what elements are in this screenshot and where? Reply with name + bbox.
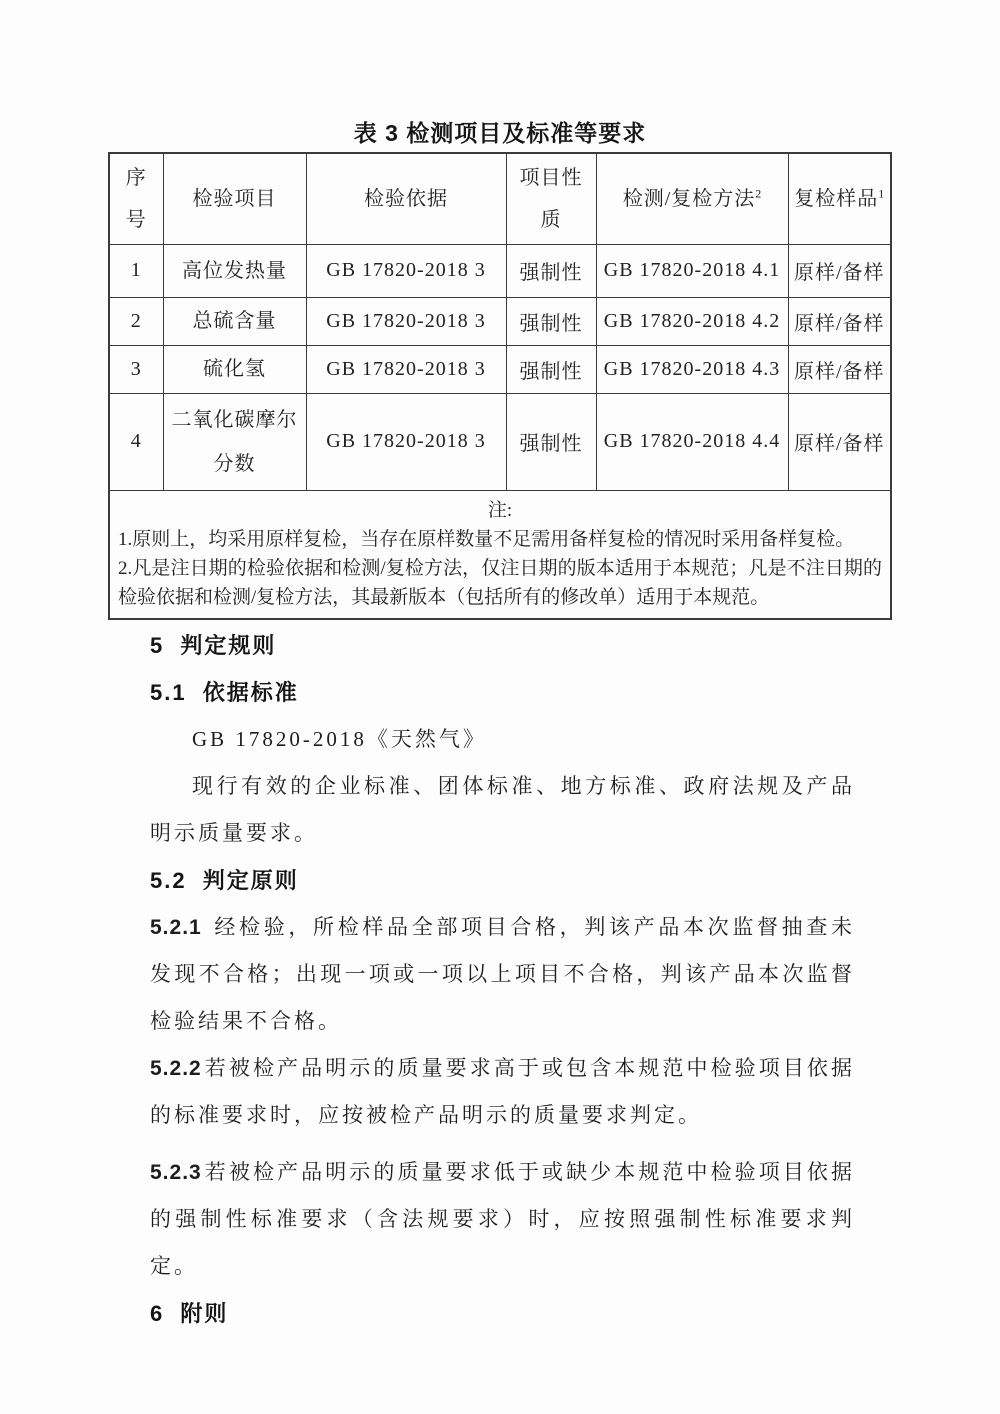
cell-item-nature: 强制性 <box>506 244 596 297</box>
table-notes-row: 注: 1.原则上，均采用原样复检，当存在原样数量不足需用备样复检的情况时采用备样… <box>109 490 891 619</box>
para-standard-reference: GB 17820-2018《天然气》 <box>150 716 855 763</box>
clause-5-2-1-text: 经检验，所检样品全部项目合格，判该产品本次监督抽查未发现不合格；出现一项或一项以… <box>150 915 855 1033</box>
cell-inspection-basis: GB 17820-2018 3 <box>306 244 506 297</box>
document-body: 5 判定规则 5.1 依据标准 GB 17820-2018《天然气》 现行有效的… <box>150 622 855 1337</box>
cell-recheck-sample: 原样/备样 <box>788 345 891 393</box>
cell-seq-no: 1 <box>109 244 163 297</box>
header-recheck-sample-label: 复检样品 <box>794 188 878 210</box>
cell-inspection-basis: GB 17820-2018 3 <box>306 297 506 345</box>
cell-test-method: GB 17820-2018 4.4 <box>596 393 788 490</box>
clause-5-2-2-text: 若被检产品明示的质量要求高于或包含本规范中检验项目依据的标准要求时，应按被检产品… <box>150 1056 855 1127</box>
cell-item-nature: 强制性 <box>506 393 596 490</box>
cell-recheck-sample: 原样/备样 <box>788 297 891 345</box>
header-sample-footnote-mark: 1 <box>878 186 884 200</box>
notes-label: 注: <box>118 496 882 525</box>
cell-inspection-item: 硫化氢 <box>163 345 306 393</box>
header-inspection-basis: 检验依据 <box>306 153 506 244</box>
clause-5-2-3-number: 5.2.3 <box>150 1161 202 1184</box>
cell-inspection-item: 总硫含量 <box>163 297 306 345</box>
header-item-nature: 项目性质 <box>506 153 596 244</box>
section-6-heading: 6 附则 <box>150 1290 855 1337</box>
header-recheck-sample: 复检样品1 <box>788 153 891 244</box>
note-1: 1.原则上，均采用原样复检，当存在原样数量不足需用备样复检的情况时采用备样复检。 <box>118 525 882 554</box>
table-row: 1 高位发热量 GB 17820-2018 3 强制性 GB 17820-201… <box>109 244 891 297</box>
cell-inspection-item: 高位发热量 <box>163 244 306 297</box>
cell-test-method: GB 17820-2018 4.3 <box>596 345 788 393</box>
table-title: 表 3 检测项目及标准等要求 <box>0 0 1000 148</box>
header-method-footnote-mark: 2 <box>755 186 761 200</box>
header-test-recheck-method-label: 检测/复检方法 <box>623 188 756 210</box>
para-clause-5-2-2: 5.2.2若被检产品明示的质量要求高于或包含本规范中检验项目依据的标准要求时，应… <box>150 1045 855 1139</box>
table-row: 3 硫化氢 GB 17820-2018 3 强制性 GB 17820-2018 … <box>109 345 891 393</box>
section-5-2-heading: 5.2 判定原则 <box>150 857 855 904</box>
para-clause-5-2-3: 5.2.3若被检产品明示的质量要求低于或缺少本规范中检验项目依据的强制性标准要求… <box>150 1149 855 1290</box>
inspection-items-table: 序号 检验项目 检验依据 项目性质 检测/复检方法2 复检样品1 1 高位发热量… <box>108 152 892 620</box>
table-row: 2 总硫含量 GB 17820-2018 3 强制性 GB 17820-2018… <box>109 297 891 345</box>
cell-item-nature: 强制性 <box>506 345 596 393</box>
header-inspection-item: 检验项目 <box>163 153 306 244</box>
para-effective-standards: 现行有效的企业标准、团体标准、地方标准、政府法规及产品明示质量要求。 <box>150 763 855 857</box>
para-clause-5-2-1: 5.2.1经检验，所检样品全部项目合格，判该产品本次监督抽查未发现不合格；出现一… <box>150 904 855 1045</box>
cell-test-method: GB 17820-2018 4.1 <box>596 244 788 297</box>
table-row: 4 二氧化碳摩尔分数 GB 17820-2018 3 强制性 GB 17820-… <box>109 393 891 490</box>
document-page: 表 3 检测项目及标准等要求 序号 检验项目 检验依据 项目性质 检测/复检方法… <box>0 0 1000 1414</box>
clause-5-2-1-number: 5.2.1 <box>150 916 202 939</box>
clause-5-2-3-text: 若被检产品明示的质量要求低于或缺少本规范中检验项目依据的强制性标准要求（含法规要… <box>150 1160 855 1278</box>
header-seq-no: 序号 <box>109 153 163 244</box>
cell-test-method: GB 17820-2018 4.2 <box>596 297 788 345</box>
note-2: 2.凡是注日期的检验依据和检测/复检方法，仅注日期的版本适用于本规范；凡是不注日… <box>118 554 882 612</box>
cell-inspection-basis: GB 17820-2018 3 <box>306 393 506 490</box>
table-notes-cell: 注: 1.原则上，均采用原样复检，当存在原样数量不足需用备样复检的情况时采用备样… <box>109 490 891 619</box>
header-test-recheck-method: 检测/复检方法2 <box>596 153 788 244</box>
section-5-heading: 5 判定规则 <box>150 622 855 669</box>
cell-inspection-item: 二氧化碳摩尔分数 <box>163 393 306 490</box>
table-header-row: 序号 检验项目 检验依据 项目性质 检测/复检方法2 复检样品1 <box>109 153 891 244</box>
cell-item-nature: 强制性 <box>506 297 596 345</box>
cell-seq-no: 3 <box>109 345 163 393</box>
cell-seq-no: 4 <box>109 393 163 490</box>
section-5-1-heading: 5.1 依据标准 <box>150 669 855 716</box>
cell-recheck-sample: 原样/备样 <box>788 393 891 490</box>
cell-seq-no: 2 <box>109 297 163 345</box>
clause-5-2-2-number: 5.2.2 <box>150 1057 202 1080</box>
cell-recheck-sample: 原样/备样 <box>788 244 891 297</box>
cell-inspection-basis: GB 17820-2018 3 <box>306 345 506 393</box>
